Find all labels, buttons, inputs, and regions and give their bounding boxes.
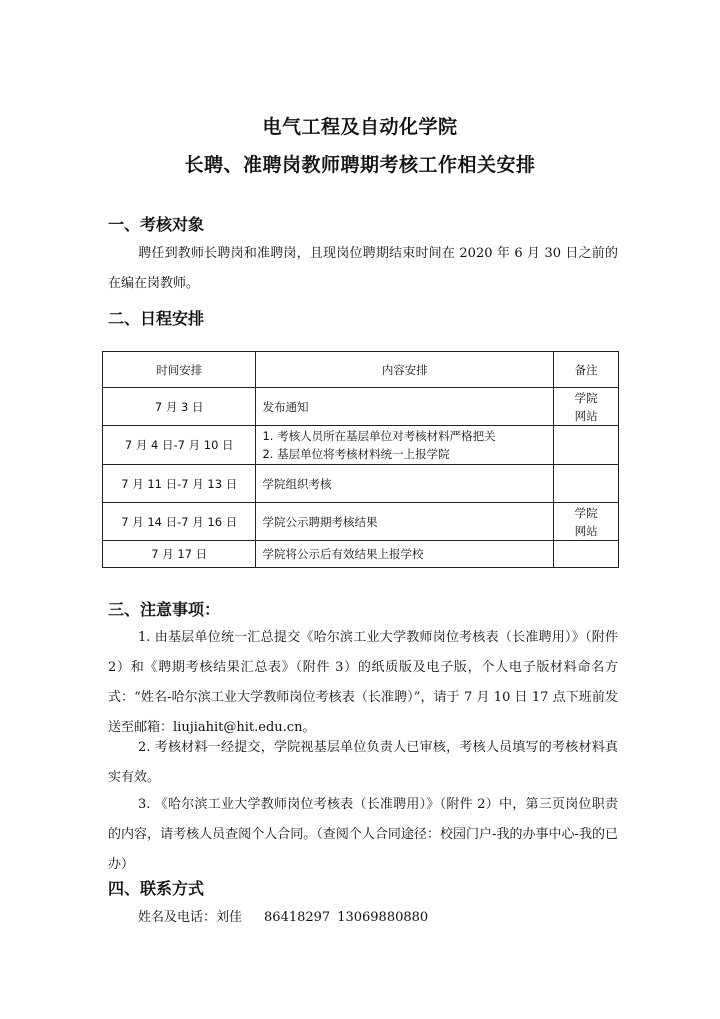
header-time: 时间安排	[103, 352, 256, 388]
section-heading-assessment-targets: 一、考核对象	[108, 212, 204, 235]
table-header-row: 时间安排 内容安排 备注	[103, 352, 619, 388]
schedule-table: 时间安排 内容安排 备注 7 月 3 日 发布通知 学院网站 7 月 4 日-7…	[102, 351, 619, 568]
row-time: 7 月 11 日-7 月 13 日	[103, 465, 256, 503]
contact-name: 刘佳	[216, 910, 242, 925]
row-content: 学院公示聘期考核结果	[256, 503, 554, 541]
row-time: 7 月 3 日	[103, 388, 256, 426]
row-note	[554, 465, 619, 503]
row-note	[554, 426, 619, 465]
table-row: 7 月 17 日 学院将公示后有效结果上报学校	[103, 541, 619, 568]
contact-line: 姓名及电话：刘佳8641829713069880880	[108, 903, 618, 933]
notes-item-1: 1. 由基层单位统一汇总提交《哈尔滨工业大学教师岗位考核表（长准聘用）》（附件 …	[108, 623, 618, 743]
document-subtitle: 长聘、准聘岗教师聘期考核工作相关安排	[0, 150, 720, 177]
contact-label: 姓名及电话：	[138, 910, 216, 925]
paragraph-text: 聘任到教师长聘岗和准聘岗，且现岗位聘期结束时间在 2020 年 6 月 30 日…	[108, 246, 618, 291]
paragraph-text: 1. 由基层单位统一汇总提交《哈尔滨工业大学教师岗位考核表（长准聘用）》（附件 …	[108, 630, 618, 735]
row-time: 7 月 4 日-7 月 10 日	[103, 426, 256, 465]
notes-item-3: 3. 《哈尔滨工业大学教师岗位考核表（长准聘用）》（附件 2）中，第三页岗位职责…	[108, 790, 618, 880]
header-note: 备注	[554, 352, 619, 388]
note-line: 网站	[575, 409, 598, 423]
table-row: 7 月 11 日-7 月 13 日 学院组织考核	[103, 465, 619, 503]
note-line: 学院	[575, 506, 598, 520]
assessment-targets-paragraph: 聘任到教师长聘岗和准聘岗，且现岗位聘期结束时间在 2020 年 6 月 30 日…	[108, 239, 618, 299]
header-content: 内容安排	[256, 352, 554, 388]
section-heading-schedule: 二、日程安排	[108, 306, 204, 329]
note-line: 网站	[575, 524, 598, 538]
content-line: 1. 考核人员所在基层单位对考核材料严格把关	[262, 429, 495, 443]
row-content: 学院组织考核	[256, 465, 554, 503]
row-time: 7 月 14 日-7 月 16 日	[103, 503, 256, 541]
table-row: 7 月 14 日-7 月 16 日 学院公示聘期考核结果 学院网站	[103, 503, 619, 541]
row-content: 学院将公示后有效结果上报学校	[256, 541, 554, 568]
note-line: 学院	[575, 391, 598, 405]
table-row: 7 月 4 日-7 月 10 日 1. 考核人员所在基层单位对考核材料严格把关2…	[103, 426, 619, 465]
notes-item-2: 2. 考核材料一经提交，学院视基层单位负责人已审核，考核人员填写的考核材料真实有…	[108, 733, 618, 793]
row-content: 1. 考核人员所在基层单位对考核材料严格把关2. 基层单位将考核材料统一上报学院	[256, 426, 554, 465]
row-content: 发布通知	[256, 388, 554, 426]
paragraph-text: 2. 考核材料一经提交，学院视基层单位负责人已审核，考核人员填写的考核材料真实有…	[108, 740, 618, 785]
document-title: 电气工程及自动化学院	[0, 112, 720, 139]
row-note	[554, 541, 619, 568]
contact-phone-mobile: 13069880880	[337, 910, 428, 925]
section-heading-contact: 四、联系方式	[108, 876, 204, 899]
row-time: 7 月 17 日	[103, 541, 256, 568]
section-heading-notes: 三、注意事项：	[108, 597, 220, 620]
content-line: 2. 基层单位将考核材料统一上报学院	[262, 447, 449, 461]
row-note: 学院网站	[554, 388, 619, 426]
table-row: 7 月 3 日 发布通知 学院网站	[103, 388, 619, 426]
row-note: 学院网站	[554, 503, 619, 541]
contact-phone-office: 86418297	[264, 910, 330, 925]
paragraph-text: 3. 《哈尔滨工业大学教师岗位考核表（长准聘用）》（附件 2）中，第三页岗位职责…	[108, 797, 618, 872]
